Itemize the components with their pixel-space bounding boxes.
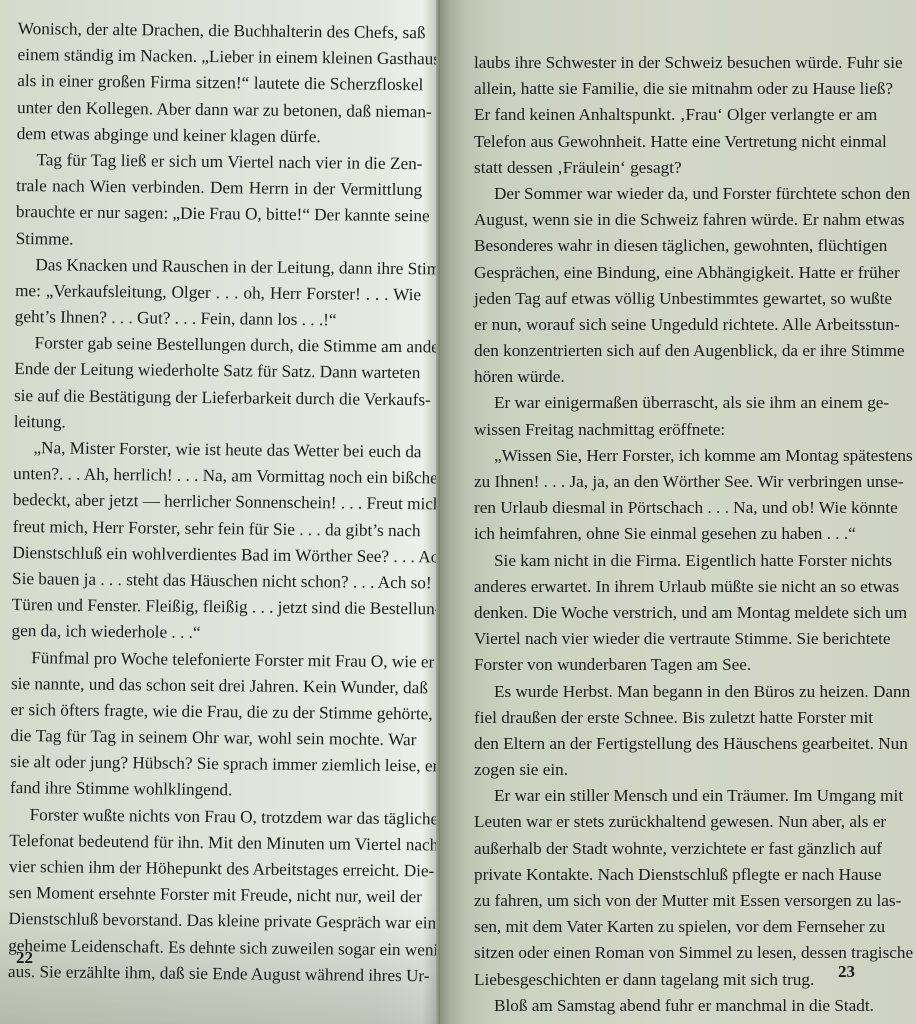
- text-line: Dienstschluß bevorstand. Das kleine priv…: [8, 906, 414, 936]
- text-line: Liebesgeschichten er dann tagelang mit s…: [474, 967, 870, 993]
- text-line: Forster wußte nichts von Frau O, trotzde…: [9, 802, 415, 832]
- text-line: Er war ein stiller Mensch und ein Träume…: [474, 783, 870, 809]
- text-line: Viertel nach vier wieder die vertraute S…: [474, 626, 870, 652]
- text-line: Er war einigermaßen überrascht, als sie …: [474, 390, 870, 416]
- page-number-left: 22: [16, 948, 33, 968]
- text-line: brauchte er nur sagen: „Die Frau O, bitt…: [16, 199, 422, 229]
- left-page-text: Wonisch, der alte Drachen, die Buchhalte…: [8, 16, 424, 989]
- text-line: Es wurde Herbst. Man begann in den Büros…: [474, 679, 870, 705]
- text-line: sie auf die Bestätigung der Lieferbarkei…: [14, 383, 420, 413]
- text-line: denken. Die Woche verstrich, und am Mont…: [474, 600, 870, 626]
- text-line: Forster von wunderbaren Tagen am See.: [474, 652, 870, 678]
- right-page-text: laubs ihre Schwester in der Schweiz besu…: [474, 50, 870, 1019]
- book-spread: Wonisch, der alte Drachen, die Buchhalte…: [0, 0, 916, 1024]
- page-number-right: 23: [838, 962, 855, 982]
- text-line: den konzentrierten sich auf den Augenbli…: [474, 338, 870, 364]
- text-line: allein, hatte sie Familie, die sie mitna…: [474, 76, 870, 102]
- right-page: laubs ihre Schwester in der Schweiz besu…: [440, 0, 916, 1024]
- text-line: dem etwas abginge und keiner klagen dürf…: [17, 121, 423, 151]
- text-line: unter den Kollegen. Aber dann war zu bet…: [17, 95, 423, 125]
- text-line: hören würde.: [474, 364, 870, 390]
- text-line: anderes erwartet. In ihrem Urlaub müßte …: [474, 574, 870, 600]
- text-line: freut mich, Herr Forster, sehr fein für …: [13, 514, 419, 544]
- text-line: jeden Tag auf etwas völlig Unbestimmtes …: [474, 286, 870, 312]
- text-line: ren Urlaub diesmal in Pörtschach . . . N…: [474, 495, 870, 521]
- text-line: außerhalb der Stadt wohnte, verzichtete …: [474, 836, 870, 862]
- text-line: bedeckt, aber jetzt — herrlicher Sonnens…: [13, 487, 419, 517]
- text-line: sitzen oder einen Roman von Simmel zu le…: [474, 940, 870, 966]
- text-line: sie nannte, und das schon seit drei Jahr…: [11, 671, 417, 701]
- text-line: Er fand keinen Anhaltspunkt. ‚Frau‘ Olge…: [474, 102, 870, 128]
- text-line: Der Sommer war wieder da, und Forster fü…: [474, 181, 870, 207]
- text-line: Gesprächen, eine Bindung, eine Abhängigk…: [474, 260, 870, 286]
- text-line: zu fahren, um sich von der Mutter mit Es…: [474, 888, 870, 914]
- text-line: ich heimfahren, ohne Sie einmal gesehen …: [474, 521, 870, 547]
- text-line: „Wissen Sie, Herr Forster, ich komme am …: [474, 443, 870, 469]
- text-line: laubs ihre Schwester in der Schweiz besu…: [474, 50, 870, 76]
- text-line: zogen sie ein.: [474, 757, 870, 783]
- text-line: private Kontakte. Nach Dienstschluß pfle…: [474, 862, 870, 888]
- text-line: wissen Freitag nachmittag eröffnete:: [474, 417, 870, 443]
- text-line: August, wenn sie in die Schweiz fahren w…: [474, 207, 870, 233]
- text-line: Besonderes wahr in diesen täglichen, gew…: [474, 233, 870, 259]
- text-line: aus. Sie erzählte ihm, daß sie Ende Augu…: [8, 959, 414, 989]
- text-line: fiel draußen der erste Schnee. Bis zulet…: [474, 705, 870, 731]
- text-line: Ende der Leitung wiederholte Satz für Sa…: [14, 356, 420, 386]
- text-line: zu Ihnen! . . . Ja, ja, an den Wörther S…: [474, 469, 870, 495]
- text-line: Telefon aus Gewohnheit. Hatte eine Vertr…: [474, 129, 870, 155]
- text-line: geheime Leidenschaft. Es dehnte sich zuw…: [8, 933, 414, 963]
- text-line: gen da, ich wiederhole . . .“: [11, 618, 417, 648]
- text-line: Fünfmal pro Woche telefonierte Forster m…: [11, 644, 417, 674]
- text-line: Dienstschluß ein wohlverdientes Bad im W…: [12, 540, 418, 570]
- text-line: statt dessen ‚Fräulein‘ gesagt?: [474, 155, 870, 181]
- text-line: er nun, worauf sich seine Ungeduld richt…: [474, 312, 870, 338]
- text-line: als in einer großen Firma sitzen!“ laute…: [17, 68, 423, 98]
- text-line: Sie kam nicht in die Firma. Eigentlich h…: [474, 548, 870, 574]
- text-line: Das Knacken und Rauschen in der Leitung,…: [15, 252, 421, 282]
- text-line: Bloß am Samstag abend fuhr er manchmal i…: [474, 993, 870, 1019]
- text-line: Leuten war er stets zurückhaltend gewese…: [474, 809, 870, 835]
- text-line: fand ihre Stimme wohlklingend.: [10, 775, 416, 805]
- text-line: den Eltern an der Fertigstellung des Häu…: [474, 731, 870, 757]
- text-line: sen, mit dem Vater Karten zu spielen, vo…: [474, 914, 870, 940]
- left-page: Wonisch, der alte Drachen, die Buchhalte…: [0, 0, 440, 1024]
